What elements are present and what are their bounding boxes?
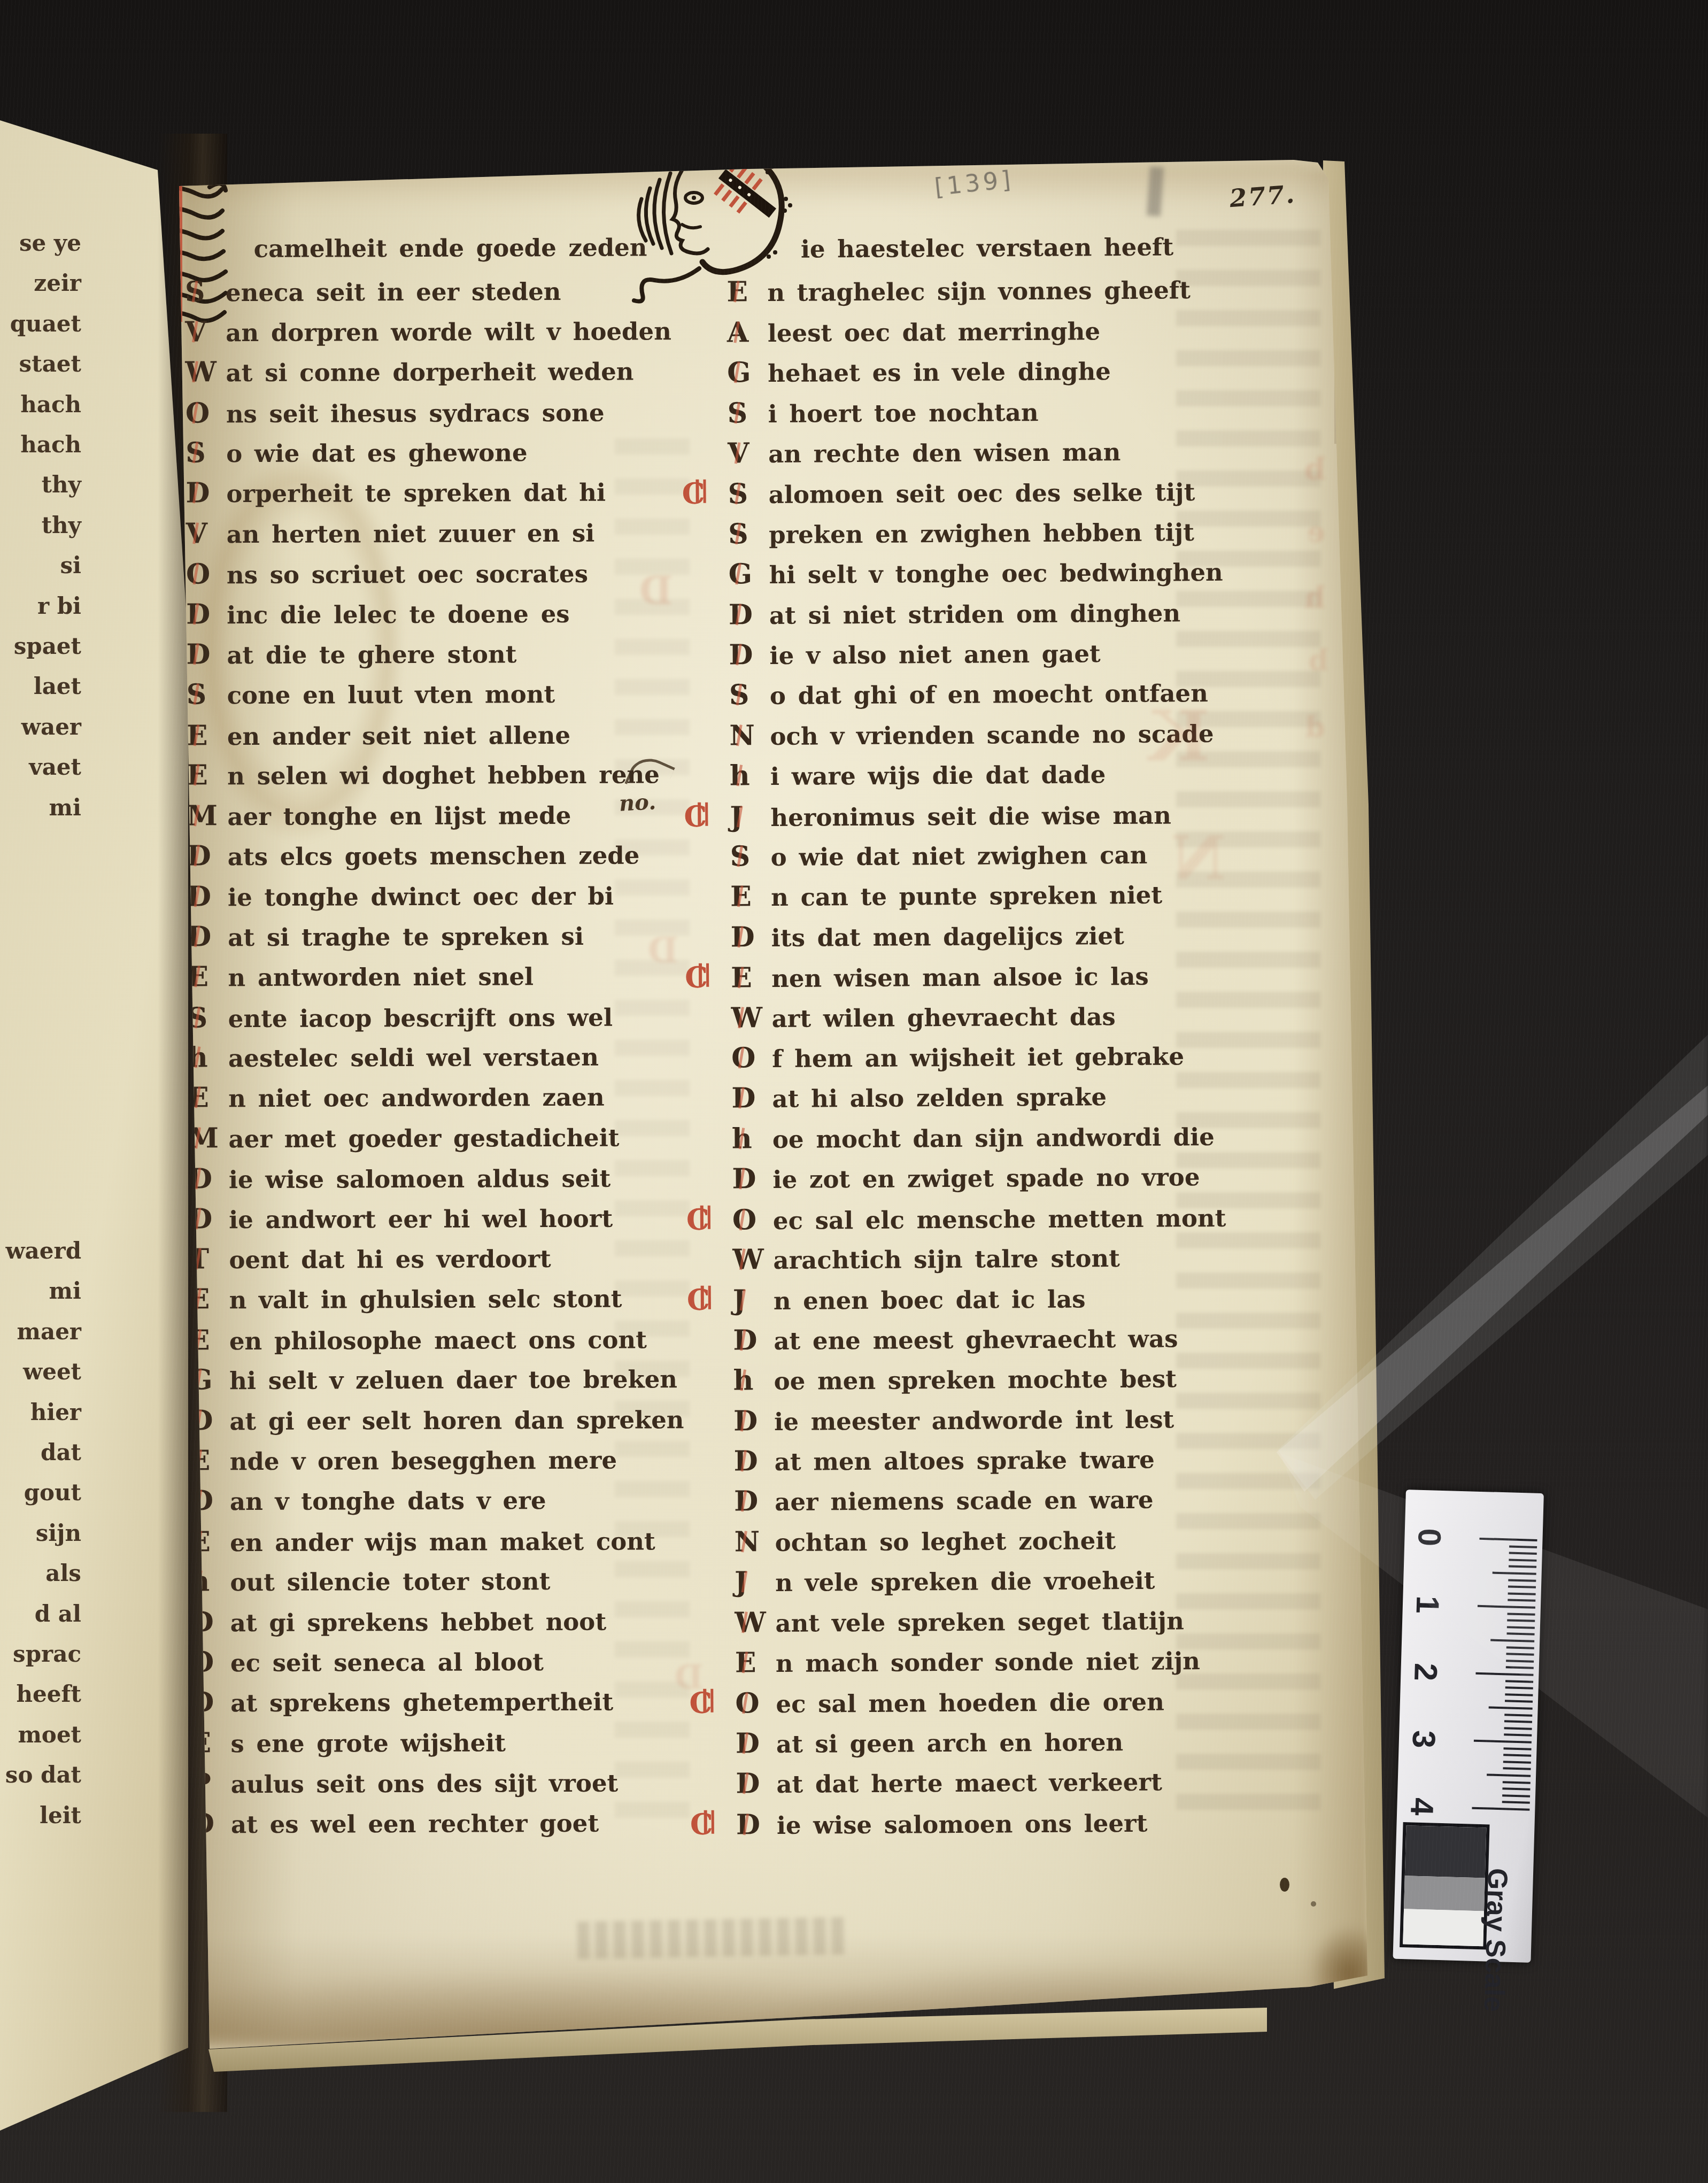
- line-initial: D: [729, 598, 769, 631]
- verse-line: Dat men altoes sprake tware: [687, 1443, 1155, 1486]
- line-text: hi selt v tonghe oec bedwinghen: [769, 558, 1223, 589]
- bleedthrough-ghost-letter: b: [1309, 644, 1328, 677]
- previous-page-text-fragment: gout: [1, 1479, 81, 1506]
- line-initial: D: [732, 1162, 772, 1195]
- line-initial: S: [730, 840, 771, 873]
- line-text: hehaet es in vele dinghe: [768, 357, 1111, 388]
- ruler-tick: [1474, 1740, 1532, 1744]
- ink-speck: [1280, 1878, 1289, 1892]
- line-text: ec sal elc mensche metten mont: [773, 1204, 1226, 1235]
- line-initial: J: [730, 800, 770, 833]
- line-initial: D: [729, 638, 769, 671]
- previous-page-text-fragment: hach: [1, 431, 81, 458]
- cap-spacer: [687, 1349, 733, 1350]
- line-text: o dat ghi of en moecht ontfaen: [770, 679, 1208, 710]
- line-text: its dat men dagelijcs ziet: [771, 922, 1125, 952]
- ruler-numbers: 01234: [1406, 1490, 1544, 1493]
- cap-spacer: [687, 1390, 733, 1391]
- ruler-tick: [1475, 1672, 1533, 1676]
- cap-spacer: [682, 543, 728, 544]
- line-text: at gi sprekens hebbet noot: [230, 1607, 607, 1637]
- verse-line: En selen wi doghet hebben rene: [141, 758, 660, 800]
- ruler-tick: [1478, 1605, 1535, 1609]
- verse-line: CPaulus seit ons des sijt vroet: [144, 1765, 619, 1808]
- verse-line: Noch v vrienden scande no scade: [683, 716, 1214, 760]
- ruler-tick: [1508, 1592, 1536, 1595]
- line-initial: O: [732, 1204, 773, 1236]
- line-initial: O: [186, 558, 227, 590]
- verse-line: Wart wilen ghevraecht das: [685, 999, 1116, 1043]
- line-text: ie wise salomoen ons leert: [777, 1809, 1148, 1839]
- verse-line: Die meester andworde int lest: [687, 1402, 1174, 1446]
- ruler-tick: [1506, 1633, 1534, 1636]
- line-text: ns so scriuet oec socrates: [227, 560, 588, 589]
- ruler-tick: [1509, 1552, 1537, 1555]
- ruler-tick: [1505, 1687, 1533, 1690]
- line-text: at si geen arch en horen: [776, 1728, 1124, 1758]
- line-text: ente iacop bescrijft ons wel: [228, 1003, 613, 1033]
- line-initial: N: [734, 1525, 775, 1558]
- line-initial: W: [185, 356, 226, 388]
- previous-page-text-fragment: d al: [1, 1601, 81, 1627]
- verse-line: COns so scriuet oec socrates: [140, 556, 588, 598]
- ruler-tick: [1507, 1619, 1535, 1622]
- ruler-tick: [1502, 1787, 1530, 1790]
- bleedthrough-ghost-letter: d: [1305, 711, 1325, 744]
- line-text: n vele spreken die vroeheit: [775, 1567, 1155, 1597]
- line-text: aestelec seldi wel verstaen: [228, 1043, 599, 1073]
- verse-line: En antworden niet snel: [141, 959, 534, 1001]
- verse-line: Nochtan so leghet zocheit: [688, 1523, 1116, 1567]
- line-text: inc die lelec te doene es: [227, 600, 570, 629]
- line-initial: G: [727, 356, 768, 389]
- verse-line: En mach sonder sonde niet zijn: [689, 1644, 1200, 1687]
- line-text: arachtich sijn talre stont: [773, 1244, 1120, 1275]
- verse-line: Dorperheit te spreken dat hi: [140, 475, 606, 518]
- ruler-tick: [1509, 1559, 1536, 1561]
- line-initial: J: [735, 1565, 775, 1598]
- verse-line: Dat gi eer selt horen dan spreken: [143, 1402, 684, 1445]
- line-text: oe mocht dan sijn andwordi die: [772, 1123, 1215, 1154]
- verse-line: Want vele spreken seget tlatijn: [689, 1603, 1184, 1647]
- line-initial: E: [727, 275, 767, 308]
- line-text: n enen boec dat ic las: [774, 1285, 1086, 1316]
- line-initial: h: [730, 759, 770, 792]
- line-text: at es wel een rechter goet: [231, 1809, 599, 1838]
- line-text: preken en zwighen hebben tijt: [769, 518, 1194, 549]
- capitulum-mark: C: [686, 1203, 732, 1236]
- verse-line: Van dorpren worde wilt v hoeden: [139, 314, 671, 356]
- verse-line: CJheronimus seit die wise man: [684, 797, 1171, 841]
- ruler-tick: [1504, 1720, 1532, 1723]
- cap-spacer: [690, 1793, 736, 1794]
- verse-line: CEen philosophe maect ons cont: [143, 1322, 647, 1364]
- ruler-tick: [1472, 1807, 1529, 1811]
- cap-spacer: [687, 1430, 733, 1431]
- line-initial: W: [735, 1606, 775, 1639]
- line-initial: D: [736, 1767, 776, 1800]
- verse-line: So wie dat es ghewone: [140, 435, 528, 477]
- line-initial: J: [733, 1284, 774, 1316]
- bleedthrough-ghost-letter: b: [1304, 452, 1325, 487]
- cap-spacer: [683, 624, 729, 624]
- ruler-tick: [1506, 1646, 1534, 1649]
- line-text: ns seit ihesus sydracs sone: [226, 398, 605, 428]
- line-initial: E: [730, 880, 771, 913]
- line-text: i ware wijs die dat dade: [770, 760, 1106, 791]
- verse-line: Oec seit seneca al bloot: [144, 1645, 544, 1687]
- verse-line: En can te punte spreken niet: [684, 878, 1162, 921]
- line-initial: D: [736, 1727, 776, 1760]
- previous-page-text-fragment: zeir: [1, 270, 81, 296]
- ruler-number: 1: [1410, 1587, 1445, 1622]
- line-text: eneca seit in eer steden: [226, 277, 561, 307]
- line-text: o wie dat es ghewone: [226, 438, 528, 468]
- ruler-number: 2: [1408, 1654, 1443, 1690]
- line-text: aulus seit ons des sijt vroet: [231, 1769, 619, 1799]
- verse-line: Van rechte den wisen man: [682, 435, 1121, 478]
- cap-spacer: [686, 1148, 732, 1148]
- ruler-tick: [1505, 1693, 1533, 1696]
- line-initial: O: [186, 397, 226, 429]
- line-text: och v vrienden scande no scade: [770, 720, 1214, 751]
- line-text: cone en luut vten mont: [227, 680, 555, 709]
- previous-page-text-fragment: dat: [1, 1439, 81, 1465]
- verse-line: hi ware wijs die dat dade: [684, 757, 1106, 800]
- ruler-tick: [1508, 1613, 1535, 1615]
- line-initial: N: [729, 719, 770, 752]
- ruler-tick: [1504, 1734, 1532, 1737]
- line-text: at men altoes sprake tware: [775, 1446, 1155, 1476]
- verse-line: Van herten niet zuuer en si: [140, 516, 595, 558]
- ruler-tick: [1504, 1747, 1532, 1750]
- offset-ghost-text: [577, 1917, 845, 1960]
- line-initial: M: [187, 799, 227, 832]
- previous-page-text-fragment: hier: [1, 1399, 81, 1425]
- cap-spacer: [684, 906, 730, 907]
- line-initial: D: [736, 1808, 777, 1841]
- line-text: at die te ghere stont: [227, 640, 516, 669]
- ruler-tick: [1489, 1706, 1533, 1709]
- line-initial: E: [731, 961, 771, 994]
- previous-page-text-fragment: leit: [1, 1802, 81, 1829]
- cap-spacer: [686, 1108, 732, 1108]
- previous-page-text-fragment: maer: [1, 1318, 81, 1345]
- line-text: en philosophe maect ons cont: [229, 1325, 647, 1355]
- text-column-left: camelheit ende goede zedenCSeneca seit i…: [139, 233, 669, 1871]
- line-text: at dat herte maect verkeert: [776, 1768, 1162, 1799]
- line-text: heronimus seit die wise man: [770, 801, 1171, 832]
- cap-spacer: [681, 382, 727, 383]
- verse-line: hoe mocht dan sijn andwordi die: [686, 1120, 1215, 1163]
- line-text: at sprekens ghetempertheit: [230, 1688, 613, 1717]
- verse-line: CSente iacop bescrijft ons wel: [142, 999, 613, 1042]
- ruler-tick: [1506, 1653, 1534, 1656]
- line-text: at ene meest ghevraecht was: [774, 1324, 1178, 1355]
- ruler-tick: [1506, 1660, 1534, 1662]
- line-text: en ander seit niet allene: [227, 721, 570, 751]
- verse-line: En niet oec andworden zaen: [142, 1080, 605, 1122]
- line-text: leest oec dat merringhe: [768, 317, 1101, 348]
- previous-page-text-fragment: so dat: [1, 1762, 81, 1788]
- ruler-tick: [1508, 1579, 1536, 1582]
- line-text: ie tonghe dwinct oec der bi: [228, 882, 614, 912]
- ruler-tick: [1490, 1639, 1534, 1642]
- previous-page-text-fragment: mi: [1, 794, 81, 821]
- verse-line: CEen ander seit niet allene: [141, 718, 570, 760]
- ruler-label: Gray Scale: [1432, 1866, 1562, 1908]
- line-text: an herten niet zuuer en si: [227, 519, 595, 549]
- verse-line: Maer tonghe en lijst mede: [141, 798, 571, 840]
- verse-line: Dat dat herte maect verkeert: [690, 1765, 1162, 1808]
- cap-spacer: [683, 705, 729, 705]
- ruler-tick: [1508, 1599, 1535, 1602]
- previous-page-text-fragment: moet: [1, 1722, 81, 1748]
- line-text: n antworden niet snel: [228, 962, 534, 992]
- line-initial: V: [185, 315, 226, 348]
- line-text: aer tonghe en lijst mede: [227, 801, 571, 830]
- ruler-tick: [1503, 1768, 1531, 1770]
- ruler-number: 4: [1404, 1789, 1440, 1824]
- verse-line: CEen ander wijs man maket cont: [143, 1523, 655, 1565]
- line-text: ie zot en zwiget spade no vroe: [772, 1163, 1200, 1194]
- previous-page-text-fragment: waer: [1, 714, 81, 740]
- line-text: n mach sonder sonde niet zijn: [776, 1647, 1200, 1678]
- verse-line: haestelec seldi wel verstaen: [142, 1040, 599, 1082]
- line-text: an v tonghe dats v ere: [230, 1486, 546, 1516]
- ruler-tick: [1503, 1754, 1531, 1756]
- line-initial: S: [729, 678, 770, 711]
- cap-spacer: [689, 1592, 735, 1592]
- verse-line: Ghehaet es in vele dinghe: [681, 354, 1111, 397]
- ruler-tick: [1506, 1667, 1534, 1669]
- line-text: ec seit seneca al bloot: [230, 1648, 544, 1677]
- line-initial: E: [187, 759, 227, 791]
- previous-page-text-fragment: staet: [1, 351, 81, 377]
- cap-spacer: [682, 422, 728, 423]
- cap-spacer: [683, 745, 729, 745]
- line-text: ats elcs goets menschen zede: [228, 841, 640, 871]
- verse-line: Dits dat men dagelijcs ziet: [684, 919, 1124, 962]
- ruler-tick: [1502, 1794, 1530, 1797]
- verse-line: Scone en luut vten mont: [141, 677, 555, 719]
- cap-spacer: [689, 1551, 735, 1552]
- line-text: i hoert toe nochtan: [768, 398, 1039, 428]
- ruler-number: 0: [1412, 1519, 1447, 1555]
- line-initial: D: [187, 920, 228, 953]
- line-initial: h: [733, 1364, 774, 1397]
- line-text: aer met goeder gestadicheit: [228, 1123, 619, 1153]
- line-initial: S: [728, 397, 768, 429]
- verse-line: CDie tonghe dwinct oec der bi: [141, 878, 614, 921]
- line-initial: W: [732, 1243, 773, 1276]
- previous-page-text-fragment: thy: [1, 512, 81, 538]
- line-text: nde v oren besegghen mere: [230, 1446, 617, 1476]
- line-initial: D: [730, 921, 771, 953]
- previous-page-text-fragment: sijn: [1, 1520, 81, 1546]
- previous-page-text-fragment: spaet: [1, 633, 81, 659]
- verse-line: Dat gi sprekens hebbet noot: [144, 1604, 607, 1646]
- verse-line: Dat es wel een rechter goet: [144, 1806, 599, 1848]
- verse-line: Die v also niet anen gaet: [683, 636, 1101, 680]
- previous-page-text-fragment: thy: [1, 472, 81, 498]
- line-text: ochtan so leghet zocheit: [775, 1526, 1116, 1557]
- line-text: at si conne dorperheit weden: [226, 358, 633, 388]
- previous-page-text-fragment: hach: [1, 391, 81, 418]
- line-text: ie meester andworde int lest: [774, 1405, 1174, 1436]
- ruler-tick: [1503, 1761, 1531, 1763]
- line-text: oe men spreken mochte best: [774, 1365, 1177, 1396]
- cap-spacer: [683, 584, 729, 584]
- line-text: oent dat hi es verdoort: [229, 1245, 551, 1274]
- verse-line: Ghi selt v zeluen daer toe breken: [143, 1362, 677, 1404]
- cap-spacer: [685, 1067, 731, 1068]
- line-text: an rechte den wisen man: [768, 438, 1121, 468]
- verse-line: Spreken en zwighen hebben tijt: [682, 515, 1194, 559]
- verse-line: Aleest oec dat merringhe: [681, 314, 1101, 357]
- line-initial: D: [186, 477, 226, 510]
- line-initial: D: [186, 598, 227, 630]
- line-text: alomoen seit oec des selke tijt: [768, 479, 1195, 510]
- folio-number: 277.: [1228, 180, 1297, 213]
- ruler-tick: [1504, 1714, 1532, 1716]
- line-initial: V: [186, 517, 227, 550]
- cap-spacer: [685, 1027, 731, 1028]
- ruler-tick: [1502, 1801, 1530, 1804]
- verse-line: So dat ghi of en moecht ontfaen: [683, 676, 1208, 720]
- ruler-tick: [1503, 1781, 1531, 1784]
- verse-line: Si hoert toe nochtan: [682, 395, 1039, 438]
- line-initial: E: [187, 960, 228, 993]
- capitulum-mark: C: [690, 1808, 736, 1840]
- verse-line: Die andwort eer hi wel hoort: [142, 1201, 613, 1243]
- line-initial: V: [728, 437, 768, 469]
- cap-spacer: [683, 664, 729, 665]
- ruler-tick: [1487, 1773, 1531, 1777]
- verse-line: Ghi selt v tonghe oec bedwinghen: [682, 555, 1223, 599]
- verse-line: CJn enen boec dat ic las: [687, 1282, 1086, 1325]
- verse-line: En valt in ghulsien selc stont: [143, 1282, 622, 1324]
- line-text: out silencie toter stont: [230, 1567, 550, 1596]
- line-initial: S: [187, 678, 227, 711]
- line-initial: E: [187, 719, 227, 752]
- cap-spacer: [689, 1672, 735, 1672]
- previous-page-text-fragment: sprac: [1, 1641, 81, 1667]
- capitulum-mark: C: [682, 477, 728, 510]
- line-initial: D: [733, 1405, 774, 1437]
- line-initial: O: [731, 1042, 772, 1074]
- pencil-smudge: [1147, 166, 1164, 217]
- previous-page-text-fragment: als: [1, 1560, 81, 1586]
- line-text: o wie dat niet zwighen can: [771, 841, 1148, 871]
- line-text: n valt in ghulsien selc stont: [229, 1285, 622, 1315]
- verse-line: ie haestelec verstaen heeft: [681, 233, 1174, 276]
- previous-page-text-fragment: weet: [1, 1359, 81, 1385]
- line-initial: O: [735, 1687, 776, 1719]
- line-text: an dorpren worde wilt v hoeden: [226, 317, 671, 347]
- line-text: ie haestelec verstaen heeft: [801, 233, 1174, 263]
- line-initial: S: [188, 1001, 228, 1034]
- verse-line: Dat die te ghere stont: [140, 637, 516, 678]
- line-text: at hi also zelden sprake: [772, 1083, 1107, 1114]
- verse-line: COec sal elc mensche metten mont: [686, 1200, 1226, 1244]
- bleedthrough-ghost-letter: e: [1307, 516, 1325, 549]
- ruler-tick: [1505, 1680, 1533, 1683]
- verse-line: Dat hi also zelden sprake: [685, 1080, 1107, 1123]
- previous-page-text-fragment: laet: [1, 673, 81, 699]
- ink-speck: [1311, 1901, 1316, 1907]
- verse-line: camelheit ende goede zeden: [139, 233, 647, 275]
- line-text: ie andwort eer hi wel hoort: [229, 1204, 613, 1234]
- cap-spacer: [685, 946, 731, 947]
- line-text: n niet oec andworden zaen: [228, 1083, 605, 1113]
- cap-spacer: [690, 1753, 736, 1753]
- verse-line: Toent dat hi es verdoort: [142, 1241, 551, 1284]
- verse-line: Jn vele spreken die vroeheit: [689, 1563, 1155, 1607]
- line-text: hi selt v zeluen daer toe breken: [229, 1365, 677, 1395]
- line-text: n can te punte spreken niet: [771, 881, 1162, 912]
- photograph-stage: se yezeirquaetstaethachhachthythysir bis…: [0, 0, 1708, 2183]
- verse-line: CSalomoen seit oec des selke tijt: [682, 475, 1195, 519]
- line-text: n selen wi doghet hebben rene: [227, 761, 660, 791]
- verse-line: CEnen wisen man alsoe ic las: [685, 959, 1149, 1002]
- verse-line: CDie wise salomoen aldus seit: [142, 1161, 611, 1203]
- ruler-tick: [1493, 1572, 1536, 1575]
- line-initial: D: [187, 839, 228, 872]
- patch-white: [1403, 1909, 1484, 1946]
- line-initial: h: [732, 1122, 772, 1155]
- verse-line: Maer met goeder gestadicheit: [142, 1120, 619, 1162]
- ruler-tick: [1507, 1626, 1535, 1629]
- previous-page-text-fragment: si: [1, 552, 81, 578]
- line-text: en ander wijs man maket cont: [230, 1527, 655, 1557]
- bleedthrough-ghost-letter: h: [1304, 580, 1325, 614]
- ruler-number: 3: [1406, 1722, 1441, 1757]
- previous-page-text-fragment: mi: [1, 1278, 81, 1304]
- verse-line: COec sal men hoeden die oren: [689, 1684, 1164, 1727]
- text-column-right: ie haestelec verstaen heeftEn traghelec …: [681, 233, 1215, 1872]
- line-text: ec sal men hoeden die oren: [776, 1688, 1164, 1718]
- line-initial: h: [188, 1041, 228, 1074]
- line-text: ie v also niet anen gaet: [769, 639, 1101, 670]
- ruler-tick: [1479, 1538, 1537, 1541]
- line-text: s ene grote wijsheit: [230, 1729, 506, 1758]
- line-initial: D: [187, 881, 228, 913]
- capitulum-mark: C: [684, 800, 730, 832]
- ruler-tick: [1509, 1545, 1537, 1548]
- cap-spacer: [681, 342, 727, 342]
- cap-spacer: [689, 1632, 735, 1632]
- verse-line: Dat ene meest ghevraecht was: [687, 1321, 1178, 1365]
- ruler-tick: [1508, 1586, 1536, 1588]
- line-initial: D: [734, 1485, 775, 1517]
- previous-page-text-fragment: r bi: [1, 593, 81, 619]
- verse-line: Dat sprekens ghetempertheit: [144, 1685, 613, 1727]
- verse-line: Dat si traghe te spreken si: [141, 919, 584, 961]
- line-text: at gi eer selt horen dan spreken: [229, 1406, 684, 1436]
- line-initial: D: [731, 1082, 772, 1114]
- stain-bottom-right-corner: [1230, 1861, 1390, 2021]
- line-text: orperheit te spreken dat hi: [226, 479, 606, 508]
- verse-line: CDie wise salomoen ons leert: [690, 1805, 1148, 1848]
- line-initial: S: [185, 276, 226, 308]
- verse-line: hout silencie toter stont: [143, 1564, 550, 1606]
- line-initial: D: [186, 638, 227, 670]
- line-text: n traghelec sijn vonnes gheeft: [767, 276, 1191, 307]
- previous-page-text-fragment: se ye: [1, 230, 81, 256]
- cap-spacer: [681, 302, 727, 302]
- verse-line: Die zot en zwiget spade no vroe: [686, 1160, 1200, 1204]
